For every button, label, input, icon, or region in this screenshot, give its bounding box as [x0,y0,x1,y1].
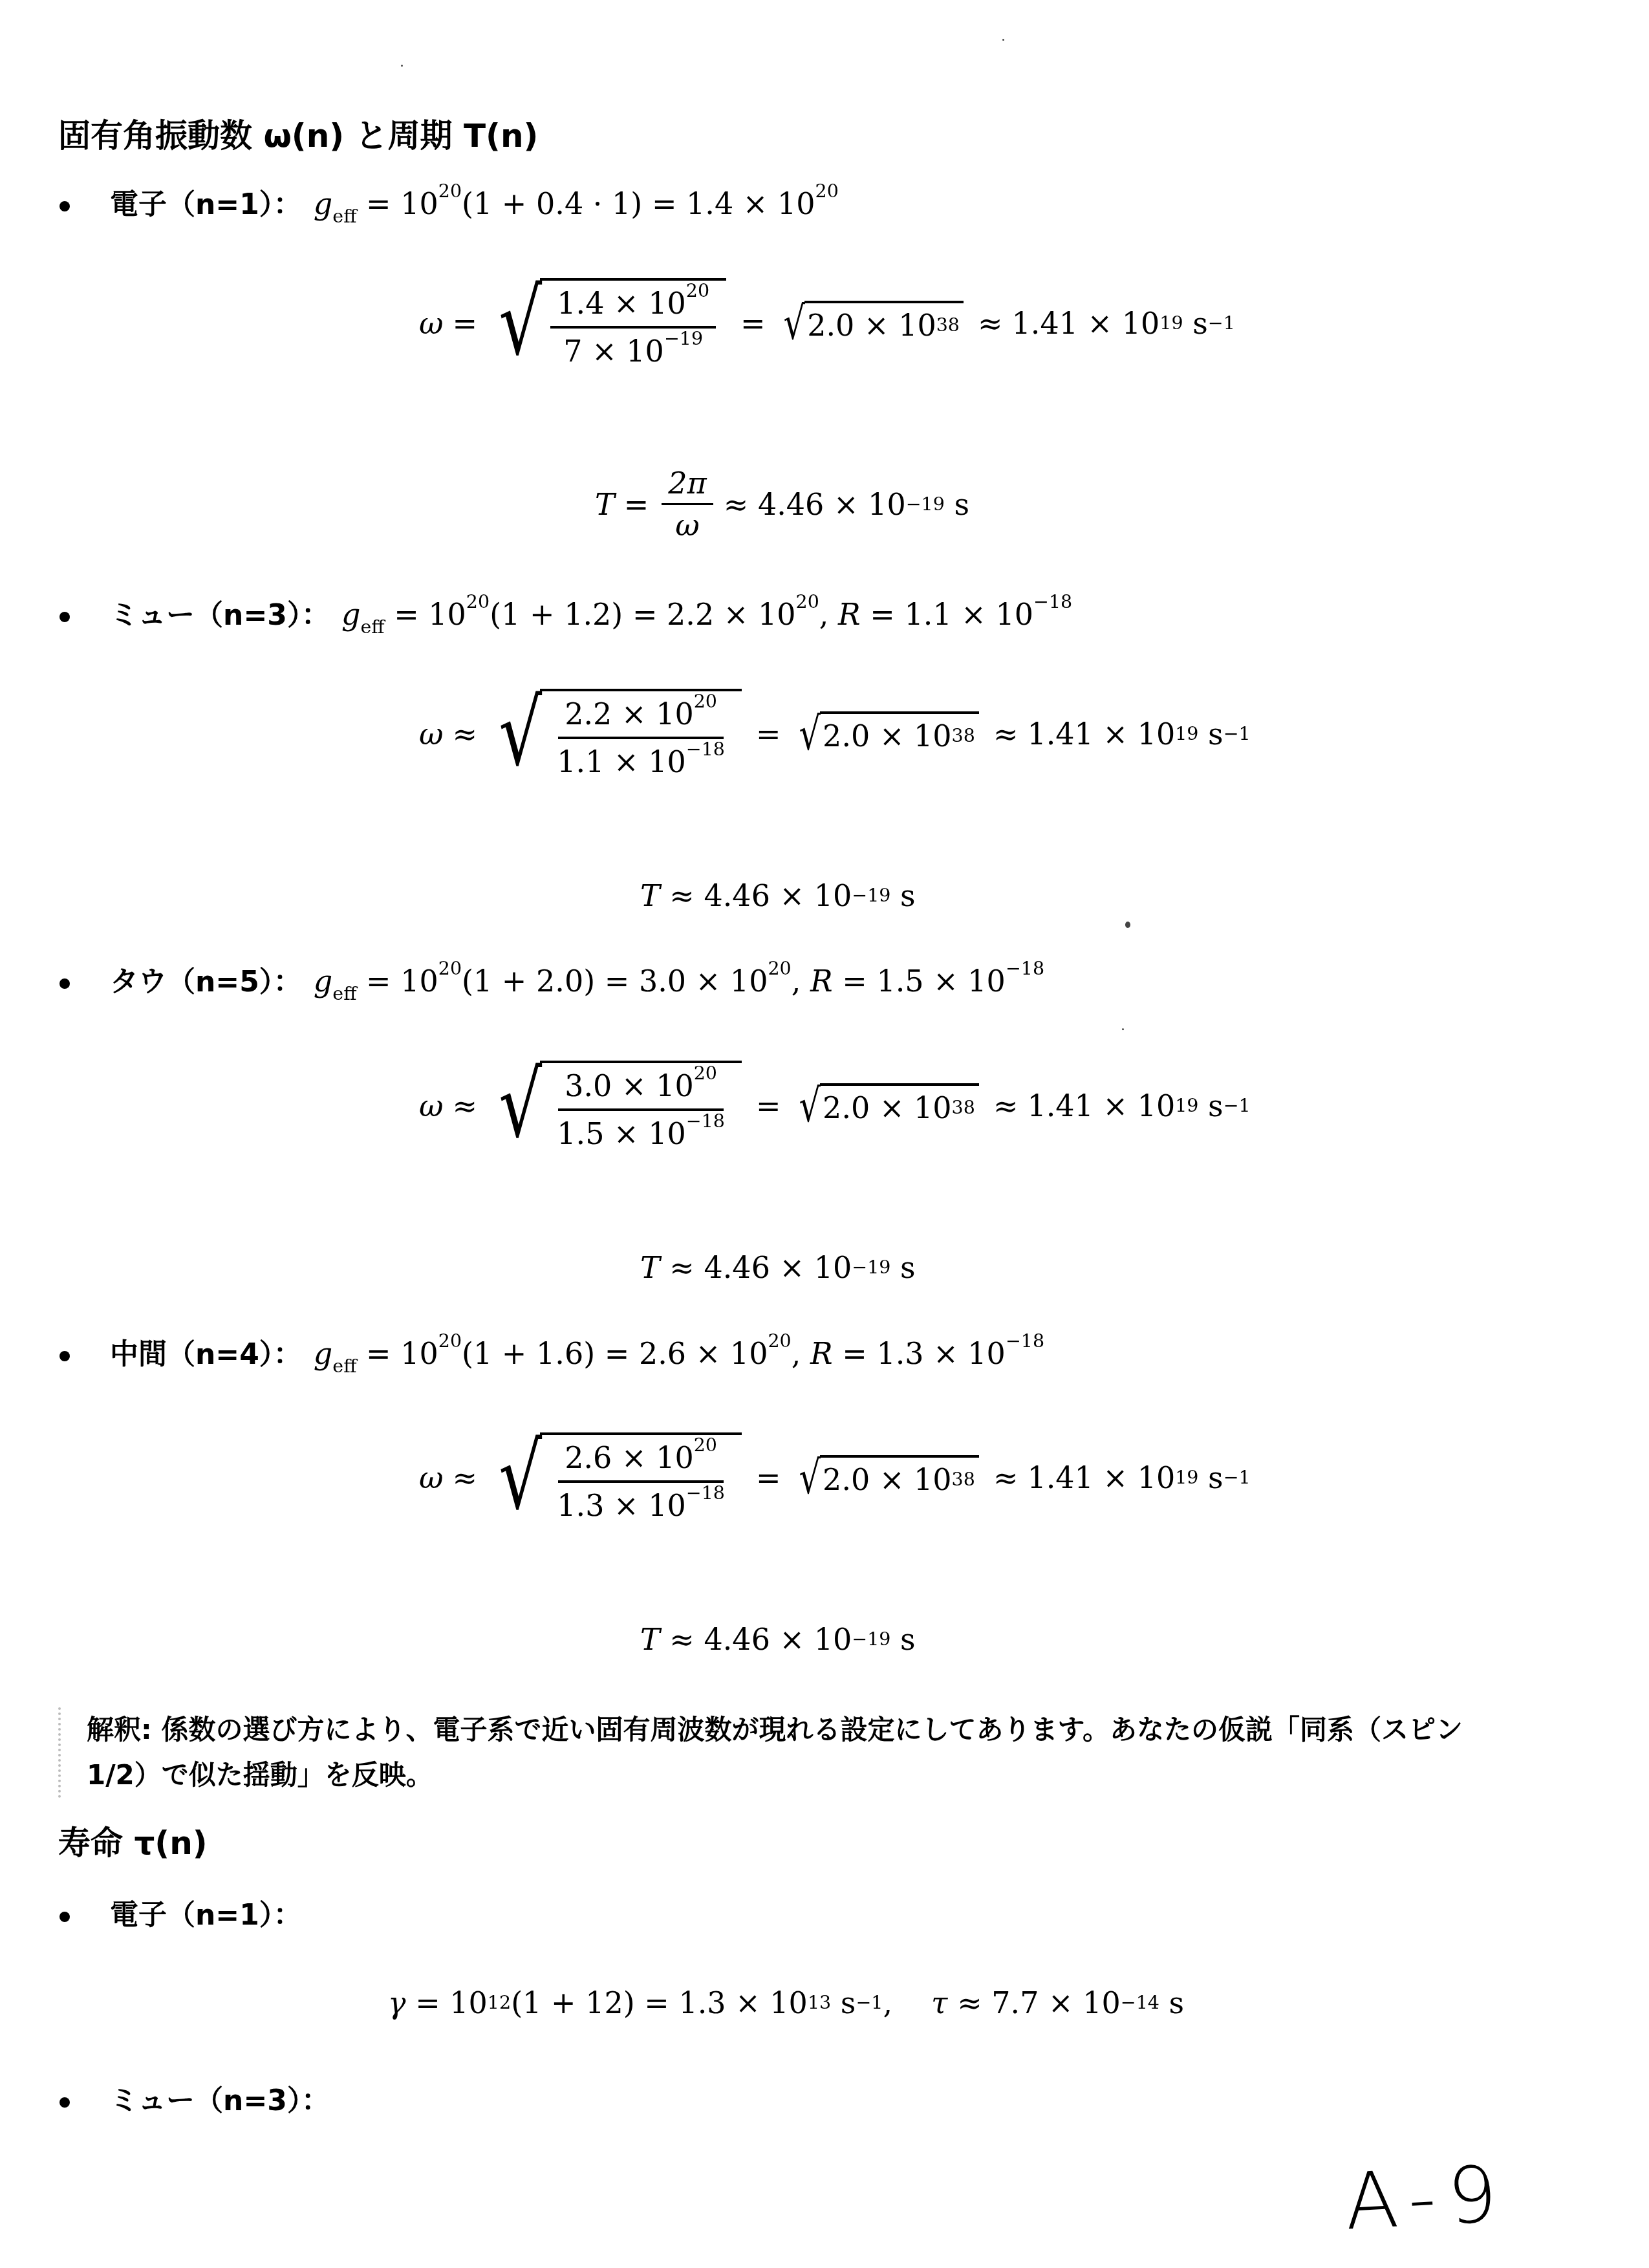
sqrt-inner: √ 2.0 × 1038 [795,711,979,757]
period-equation-intermediate: T ≈ 4.46 × 10−19 s [640,1622,916,1657]
sqrt-inner: √ 2.0 × 1038 [795,1083,979,1129]
bullet-icon [59,612,70,622]
period-equation-muon: T ≈ 4.46 × 10−19 s [640,878,916,913]
section-heading-lifetime: 寿命 τ(n) [58,1817,208,1864]
scan-speck [1002,39,1004,41]
bullet-label: ミュー（n=3）： [110,2077,330,2119]
interpretation-note: 解釈: 係数の選び方により、電子系で近い固有周波数が現れる設定にしてあります。あ… [58,1707,1509,1798]
scan-speck [401,65,403,67]
period-equation-electron: T = 2π ω ≈ 4.46 × 10−19 s [595,466,969,543]
period-equation-tau: T ≈ 4.46 × 10−19 s [640,1250,916,1285]
scan-speck [1122,1028,1124,1030]
gamma-tau-equation-electron: γ = 1012(1 + 12) = 1.3 × 1013 s−1, τ ≈ 7… [388,1985,1184,2020]
bullet-icon [59,1351,70,1361]
bullet-tau-n5: タウ（n=5）： geff = 1020(1 + 2.0) = 3.0 × 10… [59,958,1044,1000]
g-eff-equation: geff = 1020(1 + 1.6) = 2.6 × 1020, R = 1… [314,1336,1044,1371]
note-text: 解釈: 係数の選び方により、電子系で近い固有周波数が現れる設定にしてあります。あ… [87,1714,1463,1791]
scan-speck [1125,922,1130,928]
bullet-icon [59,201,70,211]
bullet-label: 電子（n=1）： [110,181,302,222]
sqrt-fraction: √ 1.4 × 1020 7 × 10−19 [491,278,726,369]
omega-equation-tau: ω ≈ √ 3.0 × 1020 1.5 × 10−18 = √ 2.0 × 1… [419,1061,1251,1151]
sqrt-inner: √ 2.0 × 1038 [780,301,964,346]
bullet-intermediate-n4: 中間（n=4）： geff = 1020(1 + 1.6) = 2.6 × 10… [59,1331,1044,1372]
bullet-icon [59,978,70,989]
bullet-icon [59,1912,70,1922]
g-eff-equation: geff = 1020(1 + 0.4 · 1) = 1.4 × 1020 [314,186,839,221]
bullet-lifetime-electron-n1: 電子（n=1）： [59,1892,302,1933]
omega-equation-intermediate: ω ≈ √ 2.6 × 1020 1.3 × 10−18 = √ 2.0 × 1… [419,1432,1251,1523]
bullet-electron-n1: 電子（n=1）： geff = 1020(1 + 0.4 · 1) = 1.4 … [59,181,839,222]
section-heading-angular-frequency: 固有角振動数 ω(n) と周期 T(n) [58,110,538,157]
omega-equation-muon: ω ≈ √ 2.2 × 1020 1.1 × 10−18 = √ 2.0 × 1… [419,689,1251,779]
bullet-icon [59,2097,70,2108]
sqrt-fraction: √ 2.6 × 1020 1.3 × 10−18 [491,1432,742,1523]
bullet-muon-n3: ミュー（n=3）： geff = 1020(1 + 1.2) = 2.2 × 1… [59,592,1072,633]
bullet-label: 中間（n=4）： [110,1331,302,1372]
bullet-label: タウ（n=5）： [110,958,302,1000]
sqrt-fraction: √ 2.2 × 1020 1.1 × 10−18 [491,689,742,779]
sqrt-fraction: √ 3.0 × 1020 1.5 × 10−18 [491,1061,742,1151]
handwritten-page-label: A-9 [1343,2149,1511,2247]
g-eff-equation: geff = 1020(1 + 1.2) = 2.2 × 1020, R = 1… [341,597,1072,632]
bullet-lifetime-muon-n3: ミュー（n=3）： [59,2077,330,2119]
bullet-label: ミュー（n=3）： [110,592,330,633]
g-eff-equation: geff = 1020(1 + 2.0) = 3.0 × 1020, R = 1… [314,964,1044,999]
bullet-label: 電子（n=1）： [110,1892,302,1933]
sqrt-inner: √ 2.0 × 1038 [795,1455,979,1500]
omega-equation-electron: ω = √ 1.4 × 1020 7 × 10−19 = √ 2.0 × 103… [419,278,1235,369]
